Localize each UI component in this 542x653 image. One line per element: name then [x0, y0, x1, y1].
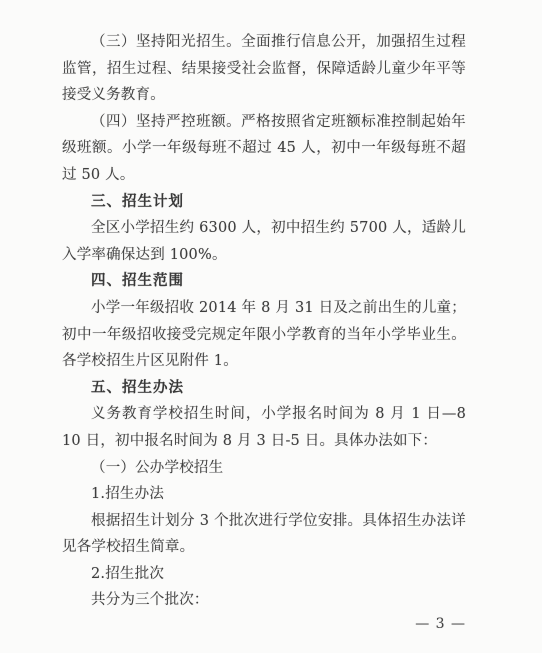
para-batch-arrangement-line: 见各学校招生简章。	[62, 534, 466, 561]
para-enrollment-scope-line: 各学校招生片区见附件 1。	[62, 348, 466, 375]
subheading-public-school-enrollment: （一）公办学校招生	[62, 455, 466, 482]
para-enrollment-scope-line: 小学一年级招收 2014 年 8 月 31 日及之前出生的儿童；	[62, 295, 466, 322]
heading-enrollment-plan: 三、招生计划	[62, 189, 466, 216]
para-three-batches: 共分为三个批次：	[62, 587, 466, 614]
para-enrollment-time-line: 义务教育学校招生时间，小学报名时间为 8 月 1 日—8 月	[62, 401, 466, 428]
para-enrollment-plan-line: 全区小学招生约 6300 人，初中招生约 5700 人，适龄儿童	[62, 215, 466, 242]
para-enrollment-plan-line: 入学率确保达到 100%。	[62, 242, 466, 269]
para-principle-sunshine-line: 监管，招生过程、结果接受社会监督，保障适龄儿童少年平等	[62, 56, 466, 83]
document-body: （三）坚持阳光招生。全面推行信息公开，加强招生过程 监管，招生过程、结果接受社会…	[62, 29, 466, 614]
para-principle-sunshine-line: （三）坚持阳光招生。全面推行信息公开，加强招生过程	[62, 29, 466, 56]
document-page: （三）坚持阳光招生。全面推行信息公开，加强招生过程 监管，招生过程、结果接受社会…	[0, 0, 542, 653]
heading-enrollment-method: 五、招生办法	[62, 375, 466, 402]
para-class-size-line: （四）坚持严控班额。严格按照省定班额标准控制起始年	[62, 109, 466, 136]
para-batch-arrangement-line: 根据招生计划分 3 个批次进行学位安排。具体招生办法详	[62, 508, 466, 535]
item-enrollment-batches: 2.招生批次	[62, 561, 466, 588]
para-enrollment-scope-line: 初中一年级招收接受完规定年限小学教育的当年小学毕业生。	[62, 322, 466, 349]
heading-enrollment-scope: 四、招生范围	[62, 268, 466, 295]
para-enrollment-time-line: 10 日，初中报名时间为 8 月 3 日-5 日。具体办法如下：	[62, 428, 466, 455]
para-class-size-line: 级班额。小学一年级每班不超过 45 人，初中一年级每班不超	[62, 135, 466, 162]
page-number: — 3 —	[62, 612, 466, 636]
para-class-size-line: 过 50 人。	[62, 162, 466, 189]
para-principle-sunshine-line: 接受义务教育。	[62, 82, 466, 109]
item-enrollment-method: 1.招生办法	[62, 481, 466, 508]
